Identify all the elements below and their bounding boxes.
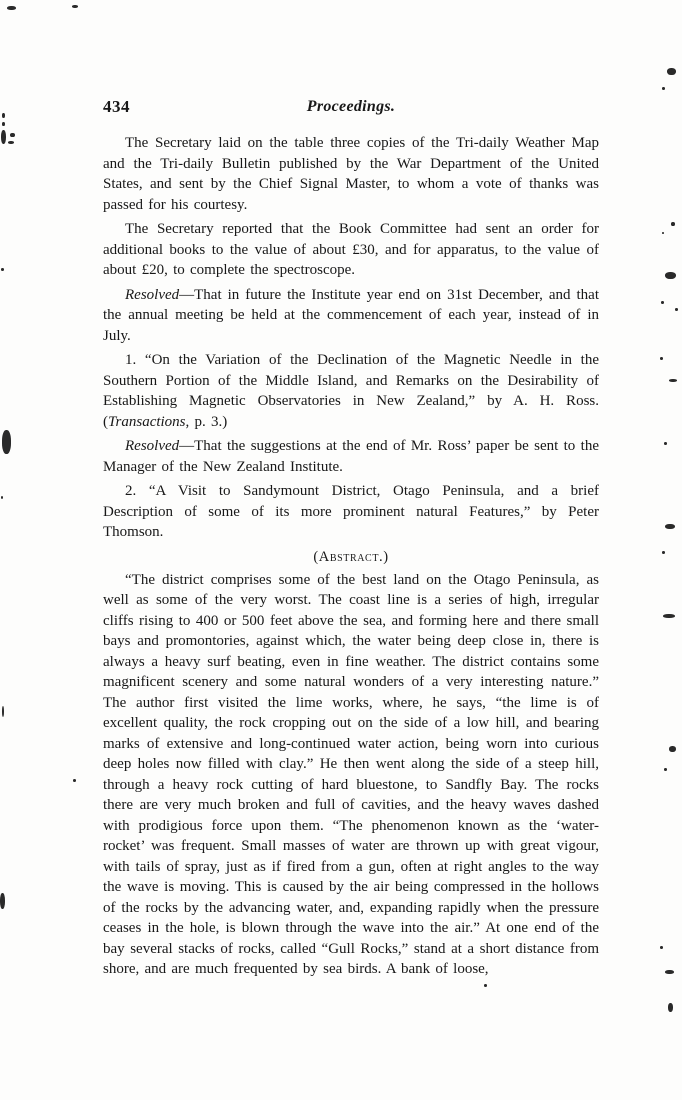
scan-artifact bbox=[663, 614, 675, 618]
scan-artifact bbox=[671, 222, 675, 226]
italic-text-run: Resolved bbox=[125, 287, 179, 303]
paragraph: The Secretary reported that the Book Com… bbox=[103, 219, 599, 281]
scanned-document-page: 434 Proceedings. The Secretary laid on t… bbox=[0, 0, 682, 1100]
scan-artifact bbox=[662, 87, 665, 90]
scan-artifact bbox=[72, 5, 78, 8]
paragraph: Resolved—That the suggestions at the end… bbox=[103, 436, 599, 477]
paragraph: The Secretary laid on the table three co… bbox=[103, 133, 599, 215]
scan-artifact bbox=[664, 768, 667, 771]
text-run: The Secretary reported that the Book Com… bbox=[103, 221, 599, 278]
scan-artifact bbox=[665, 524, 675, 529]
text-run: (Abstract.) bbox=[313, 549, 388, 565]
scan-artifact bbox=[665, 272, 676, 279]
scan-artifact bbox=[2, 122, 5, 126]
italic-text-run: Transactions bbox=[108, 414, 186, 430]
scan-artifact bbox=[660, 357, 663, 360]
scan-artifact bbox=[2, 706, 4, 717]
paragraph: Resolved—That in future the Institute ye… bbox=[103, 285, 599, 347]
paragraph: “The district comprises some of the best… bbox=[103, 570, 599, 980]
scan-artifact bbox=[2, 113, 5, 118]
scan-artifact bbox=[1, 496, 3, 499]
scan-artifact bbox=[2, 430, 11, 454]
scan-artifact bbox=[669, 379, 677, 382]
scan-artifact bbox=[675, 308, 678, 311]
scan-artifact bbox=[664, 442, 667, 445]
text-run: The Secretary laid on the table three co… bbox=[103, 135, 599, 213]
running-title: Proceedings. bbox=[103, 98, 599, 116]
scan-artifact bbox=[73, 779, 76, 782]
italic-text-run: Resolved bbox=[125, 438, 179, 454]
scan-artifact bbox=[7, 6, 16, 10]
page-body-text: The Secretary laid on the table three co… bbox=[103, 133, 599, 984]
scan-artifact bbox=[667, 68, 676, 75]
text-run: , p. 3.) bbox=[186, 414, 228, 430]
scan-artifact bbox=[0, 893, 5, 909]
paragraph: 1. “On the Variation of the Declination … bbox=[103, 350, 599, 432]
scan-artifact bbox=[484, 984, 487, 987]
scan-artifact bbox=[665, 970, 674, 974]
text-run: 2. “A Visit to Sandymount District, Otag… bbox=[103, 483, 599, 540]
scan-artifact bbox=[662, 551, 665, 554]
abstract-heading: (Abstract.) bbox=[103, 547, 599, 567]
scan-artifact bbox=[10, 133, 15, 137]
page-header: 434 Proceedings. bbox=[103, 97, 599, 121]
scan-artifact bbox=[660, 946, 663, 949]
scan-artifact bbox=[1, 130, 6, 144]
paragraph: 2. “A Visit to Sandymount District, Otag… bbox=[103, 481, 599, 543]
scan-artifact bbox=[662, 232, 664, 234]
text-run: “The district comprises some of the best… bbox=[103, 572, 599, 978]
scan-artifact bbox=[669, 746, 676, 752]
scan-artifact bbox=[661, 301, 664, 304]
scan-artifact bbox=[668, 1003, 673, 1012]
scan-artifact bbox=[1, 268, 4, 271]
scan-artifact bbox=[8, 141, 14, 144]
